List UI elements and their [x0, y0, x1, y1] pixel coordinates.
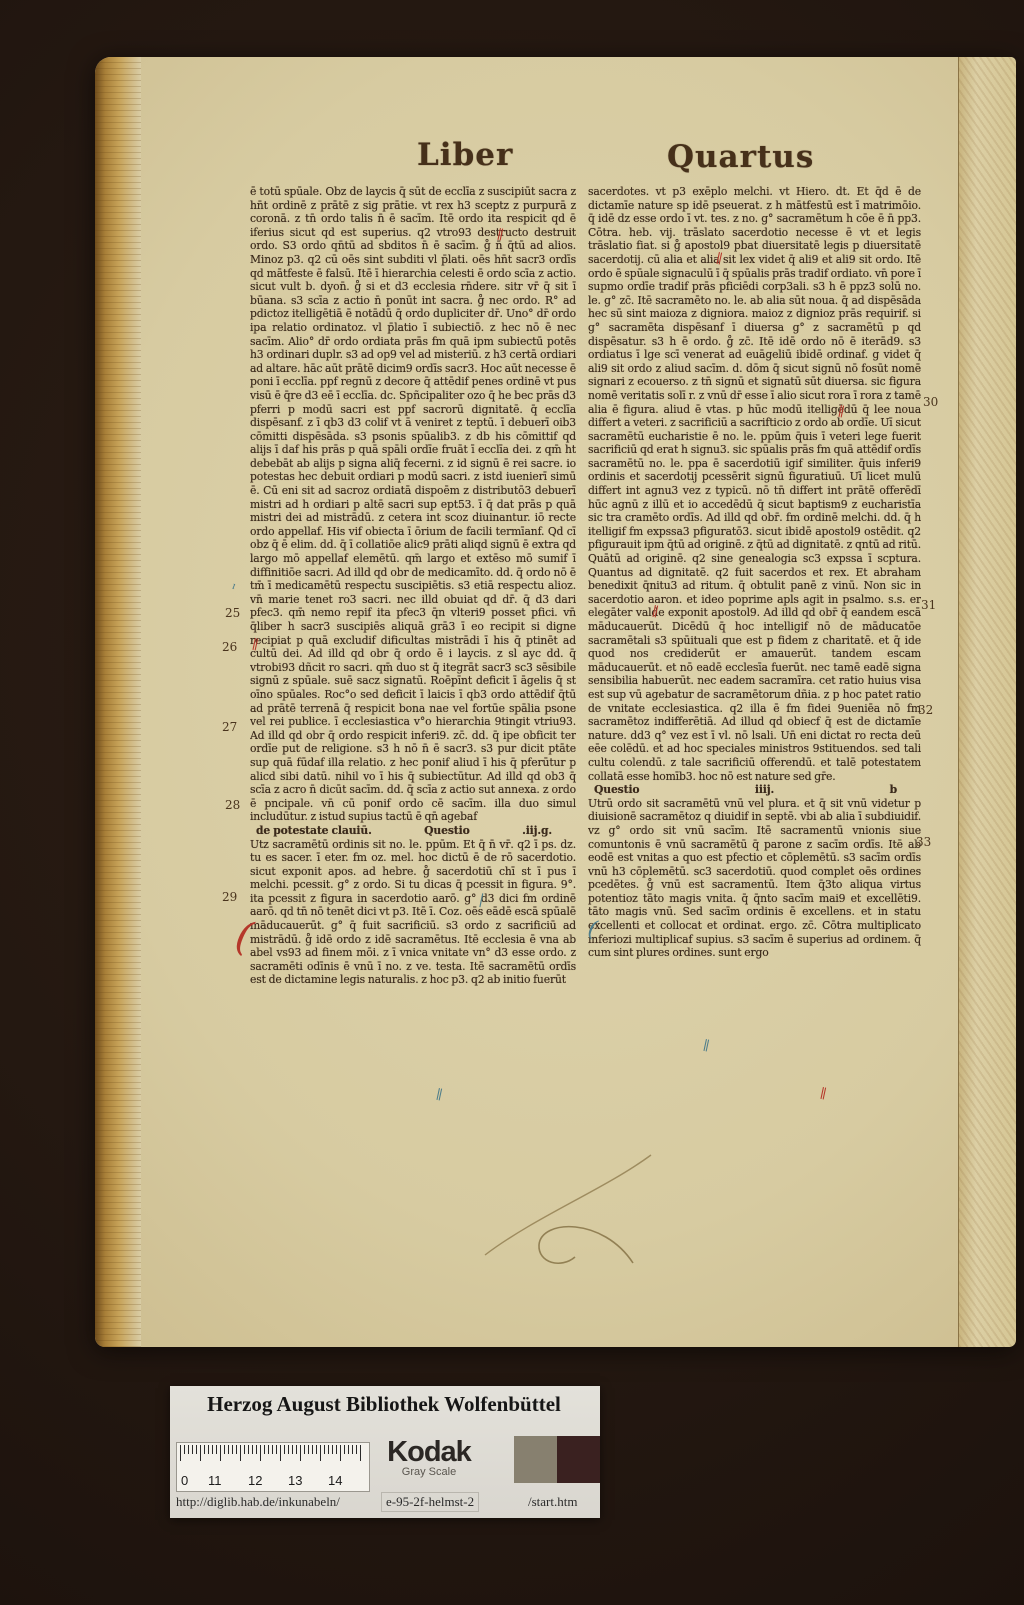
- book-page: Liber Quartus ē totū spūale. Obz de layc…: [95, 57, 1015, 1347]
- kodak-block: Kodak Gray Scale: [374, 1438, 484, 1478]
- text-block: ē totū spūale. Obz de laycis q̄ sūt de e…: [250, 185, 576, 824]
- margin-number: 30: [923, 395, 938, 409]
- running-title-liber: Liber: [417, 137, 513, 173]
- ruler-ticks-icon: [180, 1445, 364, 1461]
- ruler-number: 12: [248, 1473, 262, 1488]
- calibration-strip: Herzog August Bibliothek Wolfenbüttel 01…: [170, 1386, 600, 1518]
- questio-part: .iij.g.: [522, 824, 552, 838]
- scan-photograph: Liber Quartus ē totū spūale. Obz de layc…: [0, 0, 1024, 1605]
- dark-patch: [557, 1436, 600, 1483]
- url-suffix: /start.htm: [528, 1494, 577, 1510]
- questio-part: iiij.: [755, 783, 774, 797]
- url-row: http://diglib.hab.de/inkunabeln/ e-95-2f…: [176, 1492, 596, 1514]
- url-prefix: http://diglib.hab.de/inkunabeln/: [176, 1494, 340, 1510]
- ink-flourish: [345, 1077, 665, 1287]
- questio-part: Questio: [594, 783, 639, 797]
- margin-number: 29: [222, 890, 237, 904]
- ruler-number: 11: [208, 1473, 222, 1488]
- shelfmark: e-95-2f-helmst-2: [381, 1492, 479, 1512]
- text-block: Utrū ordo sit sacramētū vnū vel plura. e…: [588, 797, 921, 960]
- text-block: Utz sacramētū ordinis sit no. le. ppūm. …: [250, 838, 576, 988]
- gray-patch: [514, 1436, 557, 1483]
- rubric-mark-icon: ı: [231, 582, 236, 592]
- ruler-number: 14: [328, 1473, 342, 1488]
- text-column-right: sacerdotes. vt p3 exēplo melchi. vt Hier…: [588, 185, 921, 1109]
- running-title-quartus: Quartus: [667, 139, 814, 175]
- page-fore-edge: [95, 57, 141, 1347]
- margin-number: 26: [222, 640, 237, 654]
- questio-part: de potestate clauiū.: [256, 824, 372, 838]
- margin-number: 32: [918, 703, 933, 717]
- margin-number: 33: [916, 835, 931, 849]
- margin-number: 25: [225, 606, 240, 620]
- kodak-logo: Kodak: [374, 1438, 484, 1466]
- ruler-number: 0: [181, 1473, 188, 1488]
- next-leaf-edge: [958, 57, 1016, 1347]
- ruler: 011121314: [176, 1442, 370, 1492]
- ruler-number: 13: [288, 1473, 302, 1488]
- questio-part: b: [890, 783, 897, 797]
- library-name: Herzog August Bibliothek Wolfenbüttel: [174, 1392, 594, 1417]
- questio-part: Questio: [424, 824, 469, 838]
- text-block: sacerdotes. vt p3 exēplo melchi. vt Hier…: [588, 185, 921, 783]
- questio-heading: de potestate clauiū.Questio.iij.g.: [250, 824, 576, 838]
- margin-number: 27: [222, 720, 237, 734]
- text-column-left: ē totū spūale. Obz de laycis q̄ sūt de e…: [250, 185, 576, 1109]
- questio-heading: Questioiiij.b: [588, 783, 921, 797]
- margin-number: 31: [921, 598, 936, 612]
- margin-number: 28: [225, 798, 240, 812]
